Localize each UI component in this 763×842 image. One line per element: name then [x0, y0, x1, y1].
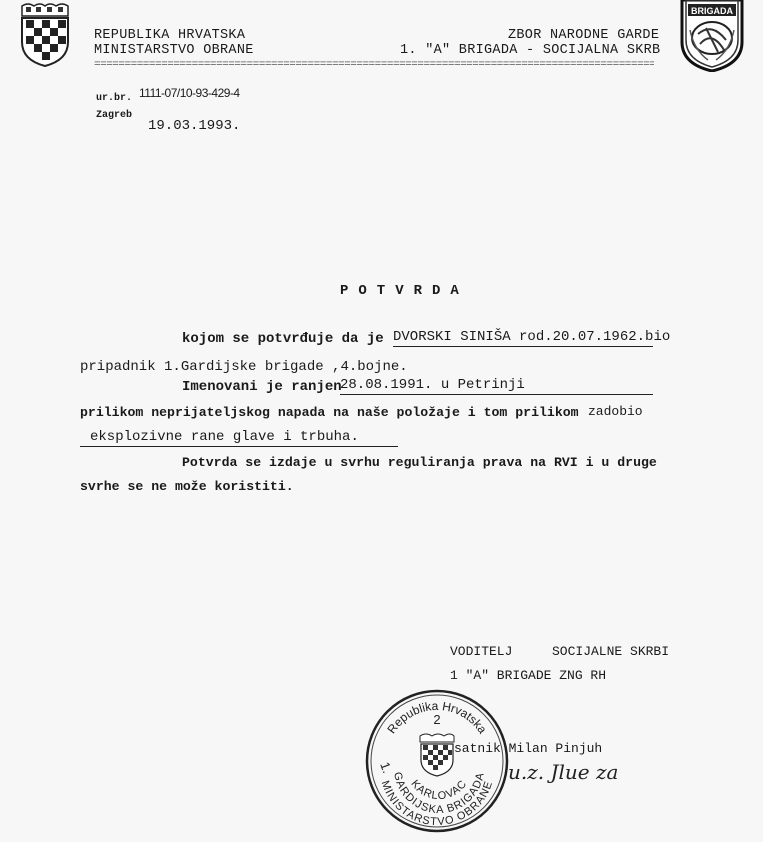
body-line1-fill: DVORSKI SINIŠA rod.20.07.1962.bio	[393, 328, 653, 347]
svg-text:1.: 1.	[377, 760, 395, 775]
svg-text:2: 2	[433, 712, 440, 727]
body-line4-fill: zadobio	[588, 403, 643, 421]
body-line2: pripadnik 1.Gardijske brigade ,4.bojne.	[80, 358, 408, 376]
header-left-line2: MINISTARSTVO OBRANE	[94, 42, 254, 59]
body-line5-fill: eksplozivne rane glave i trbuha.	[80, 428, 398, 447]
body-line3-prefix: Imenovani je ranjen	[182, 378, 342, 396]
place-label: Zagreb	[96, 110, 132, 121]
signature-role-line2: 1 "A" BRIGADE ZNG RH	[450, 667, 606, 685]
reference-number: 1111-07/10-93-429-4	[139, 86, 240, 100]
handwritten-signature: u.z. Jlue za	[508, 760, 618, 784]
body-line1-prefix: kojom se potvrđuje da je	[182, 330, 384, 348]
body-line7: svrhe se ne može koristiti.	[80, 478, 294, 496]
official-stamp: Republika Hrvatska 2 1. KARLOVAC GARDIJS…	[364, 688, 510, 834]
header-separator: ========================================…	[94, 59, 654, 71]
croatian-coat-of-arms-icon	[16, 2, 74, 68]
signature-role-a: VODITELJ	[450, 643, 512, 661]
document-date: 19.03.1993.	[148, 117, 240, 135]
body-line6: Potvrda se izdaje u svrhu reguliranja pr…	[182, 454, 657, 472]
svg-text:BRIGADA: BRIGADA	[691, 6, 733, 16]
document-title: POTVRDA	[340, 283, 469, 299]
body-line3-fill: 28.08.1991. u Petrinji	[340, 376, 653, 395]
signatory-name: satnik Milan Pinjuh	[454, 740, 602, 758]
signature-role-b: SOCIJALNE SKRBI	[552, 643, 669, 661]
body-line4-prefix: prilikom neprijateljskog napada na naše …	[80, 404, 579, 422]
reference-label: ur.br.	[96, 93, 132, 104]
header-right-line2: 1. "A" BRIGADA - SOCIJALNA SKRB	[400, 42, 660, 59]
brigade-badge-icon: BRIGADA	[678, 0, 746, 72]
